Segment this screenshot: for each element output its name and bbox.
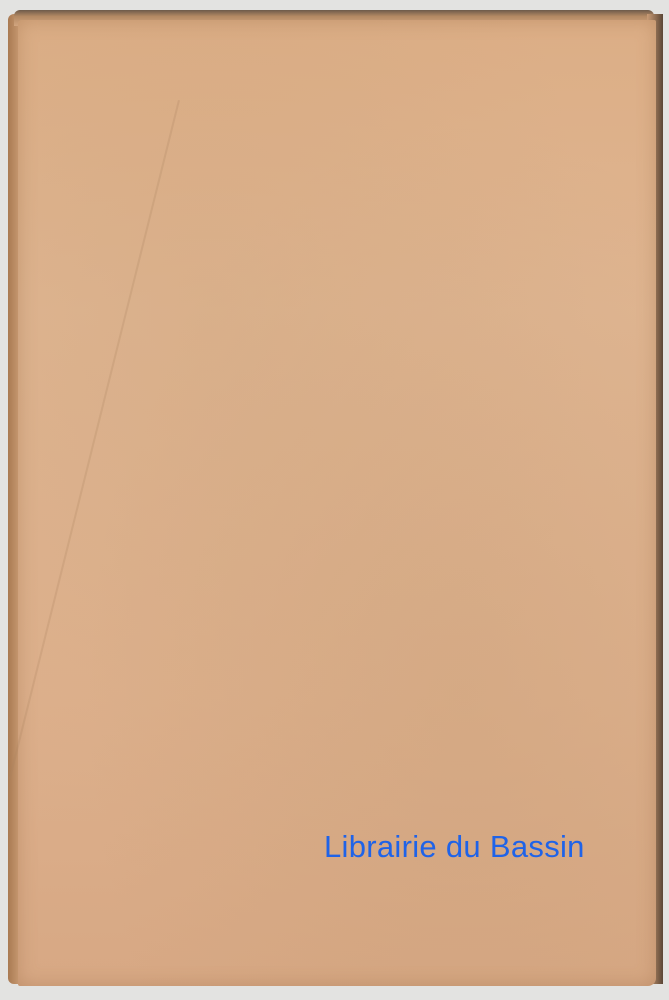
watermark-text: Librairie du Bassin [324,829,585,865]
paper-crease [9,100,180,780]
